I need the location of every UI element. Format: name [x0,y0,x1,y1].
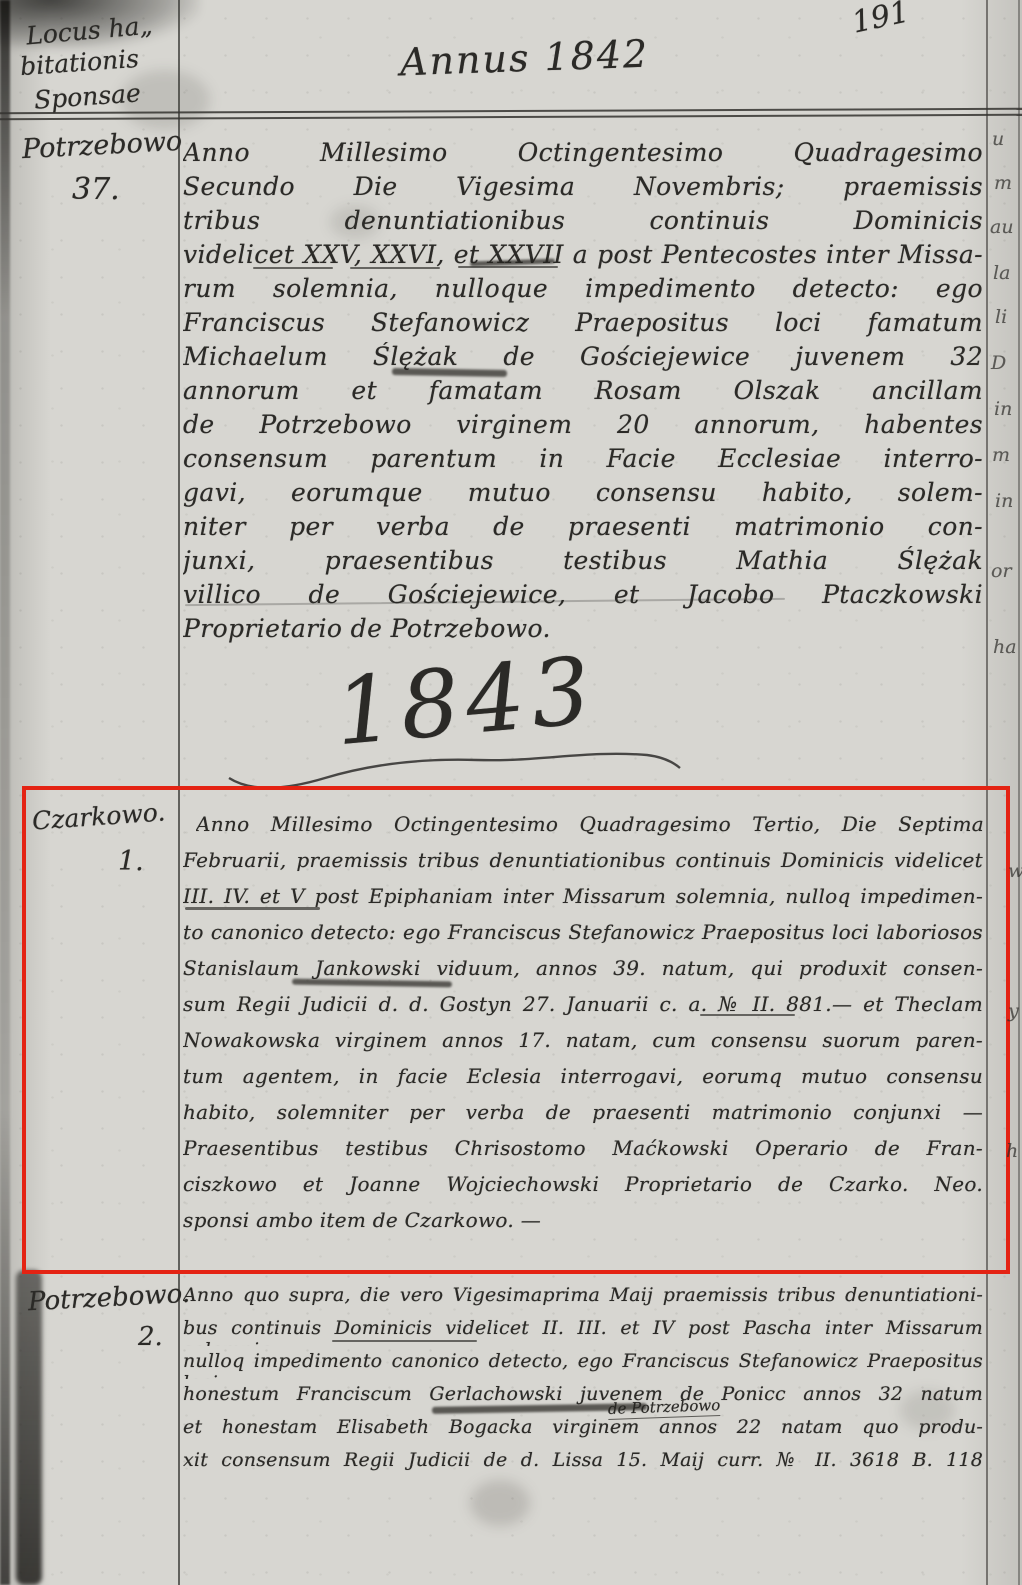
underline-stroke [185,907,320,910]
record-line: rum solemnia, nulloque impedimento detec… [183,274,983,307]
entry3-margin-place: Potrzebowo. [27,1279,190,1317]
binding-shadow-bottom-left [16,1270,42,1585]
paper-stain [120,70,210,130]
page-edge-line [1018,0,1020,1585]
edge-fragment: ha [993,636,1017,658]
record-line: de Potrzebowo virginem 20 annorum, haben… [183,410,983,443]
record-line: niter per verba de praesenti matrimonio … [183,512,983,545]
record-line: sum Regii Judicii d. d. Gostyn 27. Janua… [183,992,983,1022]
record-line: tum agentem, in facie Eclesia interrogav… [183,1064,983,1094]
edge-fragment: in [994,398,1012,420]
edge-fragment: au [990,216,1014,238]
record-line: Nowakowska virginem annos 17. natam, cum… [183,1028,983,1058]
record-line: sponsi ambo item de Czarkowo. — [183,1208,983,1238]
record-line: III. IV. et V post Epiphaniam inter Miss… [183,884,983,914]
entry1-margin-place: Potrzebowo [21,126,183,165]
record-line: Praesentibus testibus Chrisostomo Maćkow… [183,1136,983,1166]
entry3-margin-number: 2. [138,1322,163,1352]
entry2-margin-number: 1. [118,846,144,877]
paper-stain [900,1390,955,1430]
record-line: ciszkowo et Joanne Wojciechowski Proprie… [183,1172,983,1202]
edge-fragment: y [1008,1000,1019,1022]
underline-stroke [332,1340,477,1342]
paper-stain [330,205,380,239]
edge-fragment: la [993,262,1010,284]
record-line: consensum parentum in Facie Ecclesiae in… [183,444,983,477]
record-line: to canonico detecto: ego Franciscus Stef… [183,920,983,950]
year-title-1842: Annus 1842 [399,32,650,85]
record-line: junxi, praesentibus testibus Mathia Ślęż… [183,546,983,579]
record-line: habito, solemniter per verba de praesent… [183,1100,983,1130]
edge-fragment: in [995,490,1013,512]
paper-stain [470,1480,530,1526]
record-line: Franciscus Stefanowicz Praepositus loci … [183,308,983,341]
record-line: Anno Millesimo Octingentesimo Quadragesi… [196,812,984,842]
edge-fragment: or [991,560,1012,582]
record-line: bus continuis Dominicis videlicet II. II… [183,1317,983,1346]
binding-shadow-left-edge [0,0,10,1585]
record-line: tribus denuntiationibus continuis Domini… [183,206,983,239]
edge-fragment: m [992,444,1010,466]
edge-fragment: h [1006,1140,1018,1162]
record-line: Anno quo supra, die vero Vigesimaprima M… [183,1284,983,1313]
register-page-scan: Locus ha„ bitationis Sponsae Annus 1842 … [0,0,1022,1585]
record-line: nulloq impedimento canonico detecto, ego… [183,1350,983,1379]
edge-fragment: w [1008,860,1022,882]
record-line: Secundo Die Vigesima Novembris; praemiss… [183,172,983,205]
record-line: annorum et famatam Rosam Olszak ancillam [183,376,983,409]
record-line: Februarii, praemissis tribus denuntiatio… [183,848,983,878]
record-line: villico de Gościejewice, et Jacobo Ptacz… [183,580,983,613]
entry1-margin-number: 37. [72,172,120,207]
record-line: gavi, eorumque mutuo consensu habito, so… [183,478,983,511]
record-line: Anno Millesimo Octingentesimo Quadragesi… [183,138,983,171]
edge-fragment: u [992,128,1004,150]
edge-fragment: m [994,172,1012,194]
edge-fragment: D [991,352,1006,374]
underline-stroke [253,267,333,269]
edge-fragment: li [995,306,1007,328]
underline-stroke [350,267,440,269]
underline-stroke [700,1014,795,1016]
record-line: Michaelum Ślężak de Gościejewice juvenem… [183,342,983,375]
record-line: et honestam Elisabeth Bogacka virginem a… [183,1416,983,1445]
page-number: 191 [849,0,912,41]
record-line: xit consensum Regii Judicii de d. Lissa … [183,1449,983,1478]
